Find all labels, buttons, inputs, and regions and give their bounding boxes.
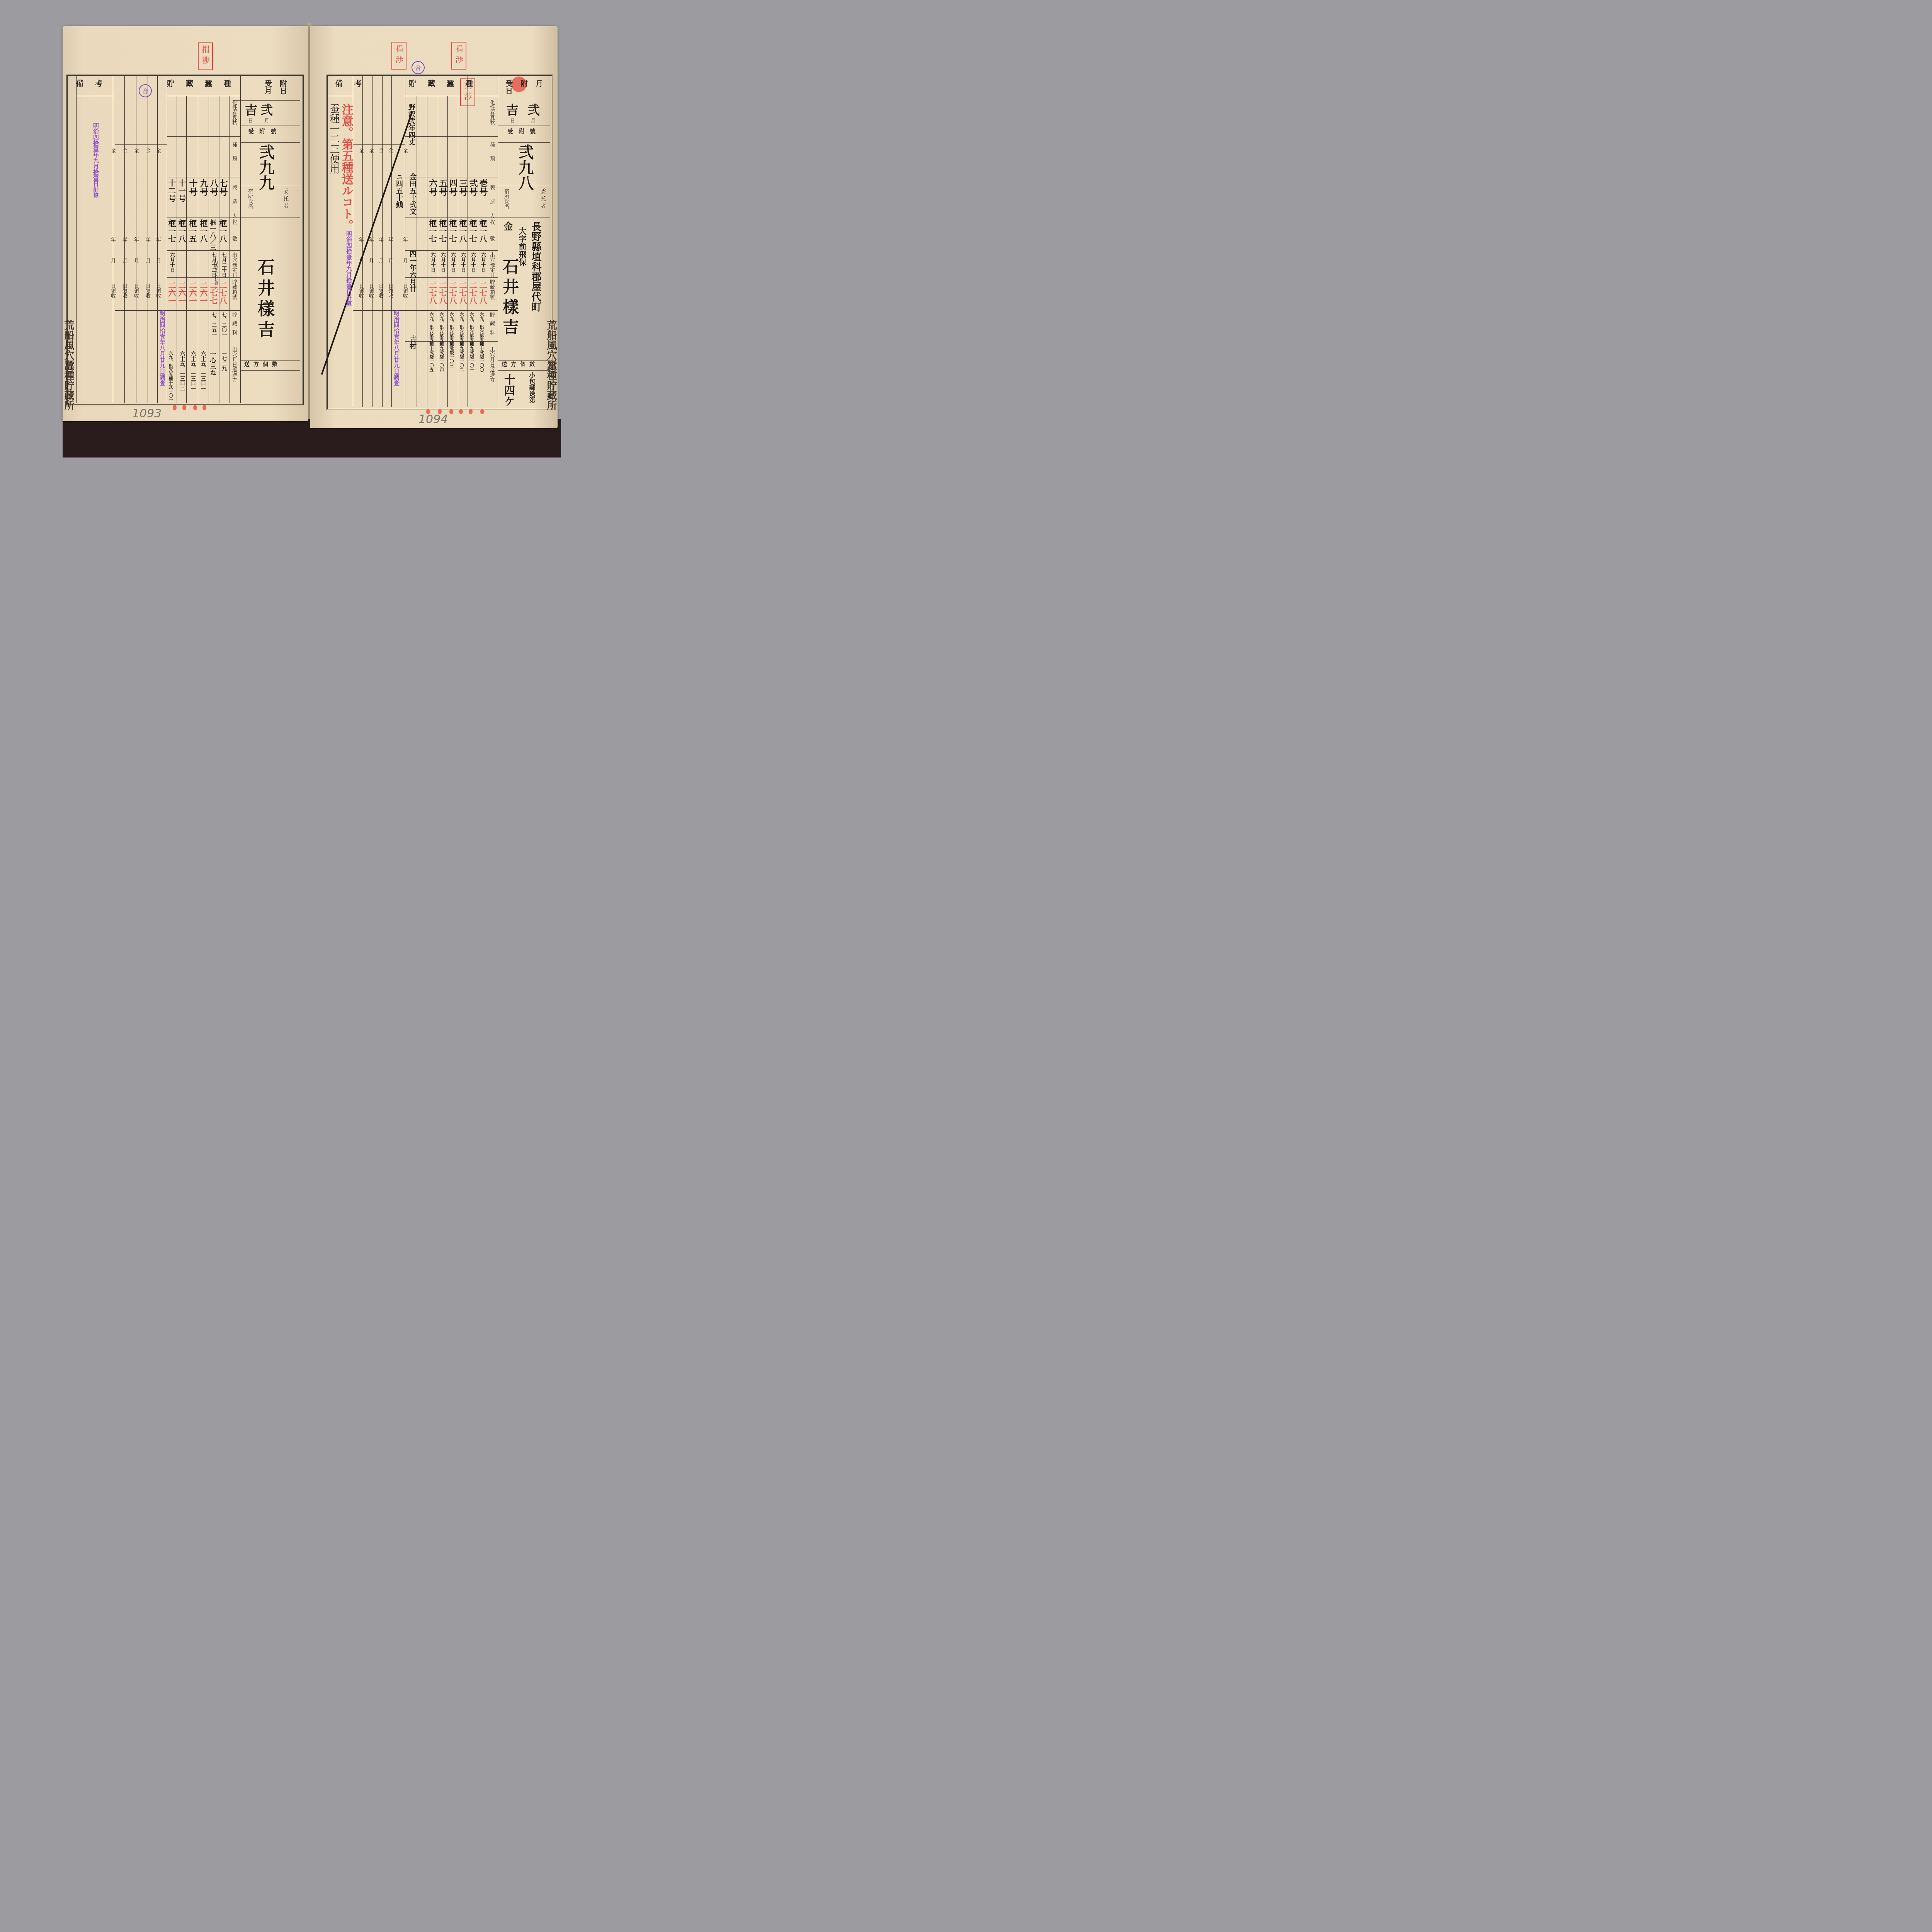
divider xyxy=(76,96,113,96)
hatch-date-value: 七月十二日 xyxy=(211,252,216,277)
year-label: 年 xyxy=(358,237,363,242)
received-label: 日領收 xyxy=(388,283,393,298)
count-value: 框一八 xyxy=(178,219,185,243)
hatch-date-value: 六月十日 xyxy=(450,252,455,272)
divider xyxy=(115,144,167,145)
pencil-page-number: 1093 xyxy=(132,407,162,420)
maker-value: 十一号 xyxy=(178,179,185,202)
count-value: 框一八／三 xyxy=(209,219,216,250)
divider xyxy=(240,126,300,126)
fee-value: 七、二〇一 xyxy=(221,312,226,337)
consignor-village: 大字前飛保 xyxy=(518,227,526,266)
box-number-value: 二七八 xyxy=(439,281,446,304)
count-value: 框一五 xyxy=(189,219,196,243)
month-label: 月 xyxy=(402,258,407,263)
hatch-date-value: 七月二十日 xyxy=(221,252,226,277)
label-box-no: 貯藏箱號 xyxy=(489,279,494,299)
label-season-type: 化性春夏秋 xyxy=(231,100,236,125)
year-label: 年 xyxy=(122,237,127,242)
money-label: 金 xyxy=(402,148,407,153)
count-value: 框一八 xyxy=(199,219,207,243)
received-label: 日領收 xyxy=(358,283,363,298)
count-value: 框一七 xyxy=(429,219,436,243)
money-label: 金 xyxy=(145,148,150,153)
return-value: 六十五、一三口一 xyxy=(190,351,195,391)
sub-divider xyxy=(427,96,427,407)
divider xyxy=(405,310,498,311)
sub-divider xyxy=(417,96,417,407)
red-seal-dot xyxy=(469,409,473,414)
pencil-page-number: 1094 xyxy=(418,413,448,426)
hatch-date-value: 六月十日 xyxy=(460,252,465,272)
label-consignor: 委托者 xyxy=(283,189,288,211)
box-number-value: 二七八 xyxy=(469,281,476,304)
return-value: 六十五、一三口一 xyxy=(200,351,205,391)
red-seal-stamp: 捐渉 xyxy=(451,42,466,70)
sub-divider xyxy=(177,96,177,403)
month-label: 月 xyxy=(378,258,383,263)
calculation-date-stamp: 明治四拾壹年九月拾壹日計算 xyxy=(346,231,352,306)
sub-divider xyxy=(198,96,198,403)
round-seal-stamp: 合 xyxy=(412,61,425,74)
label-type: 種類 xyxy=(231,142,236,169)
red-seal-dot xyxy=(480,409,484,414)
money-label: 金 xyxy=(110,148,115,153)
fee-value: 六九、出穴第五種十弐袋一〇五 xyxy=(429,312,434,372)
money-label: 金 xyxy=(388,148,393,153)
label-send-count: 送方個數 xyxy=(502,362,539,367)
received-label: 日領收 xyxy=(145,283,150,298)
year-label: 年 xyxy=(110,237,115,242)
label-return: 出穴月日返送方 xyxy=(231,347,236,382)
month-label: 月 xyxy=(122,258,127,263)
divider xyxy=(167,310,240,311)
received-label: 日領收 xyxy=(368,283,373,298)
year-label: 年 xyxy=(368,237,373,242)
box-number-value: 二六一 xyxy=(199,281,207,304)
hatch-date-value: 六月十日 xyxy=(169,252,174,272)
divider xyxy=(328,96,353,96)
received-day-value: 吉 xyxy=(244,104,257,116)
right-page: 捐渉 合 捐渉 捐渉 受附月日 貯藏蠶種 備考 化性春夏秋 種類 製造人 枚數 … xyxy=(310,26,558,428)
red-seal-dot xyxy=(173,405,177,410)
divider xyxy=(498,370,550,371)
label-season-type: 化性春夏秋 xyxy=(489,100,494,125)
label-box-no: 貯藏箱號 xyxy=(231,279,236,299)
box-number-value: 二六一 xyxy=(178,281,185,304)
money-note: ニ四五十銭 xyxy=(395,173,402,208)
fee-value: 六九、出穴第五種九弐袋一〇二 xyxy=(459,312,464,372)
fee-value: 六九、出穴第五種弐袋一〇三 xyxy=(449,312,454,367)
label-return: 出穴月日返送方 xyxy=(489,347,494,382)
divider xyxy=(353,144,405,145)
count-value: 框一七 xyxy=(449,219,456,243)
divider xyxy=(405,177,498,177)
header-received-date: 受附月日 xyxy=(505,80,558,95)
divider xyxy=(240,370,300,371)
divider xyxy=(240,218,300,218)
label-hatch-date: 出穴豫定日 xyxy=(489,252,494,277)
box-number-value: 二七八 xyxy=(219,281,226,304)
red-seal-dot xyxy=(182,405,186,410)
header-remarks: 備考 xyxy=(335,80,373,88)
survey-date-stamp: 明治四拾壹年八月廿九日調査 xyxy=(159,310,165,386)
consignor-prefix: 金 xyxy=(503,221,512,231)
money-note: 野沢弐年四丈 xyxy=(408,104,415,145)
maker-value: 十号 xyxy=(189,179,197,196)
red-seal-stamp: 捐渉 xyxy=(391,42,406,70)
maker-value: 十二号 xyxy=(168,179,175,202)
money-label: 金 xyxy=(358,148,363,153)
col-divider xyxy=(76,76,77,403)
month-label: 月 xyxy=(368,258,373,263)
count-value: 框一七 xyxy=(469,219,476,243)
fee-value: 六九、出穴第五種九弐袋一〇一 xyxy=(469,312,474,372)
send-count-value: 十四ケ xyxy=(503,374,514,406)
count-value: 框一八 xyxy=(459,219,466,243)
return-value: 一七二九 xyxy=(221,351,226,371)
divider xyxy=(167,96,240,96)
black-remark: 蚕種一二三便用 xyxy=(329,104,339,174)
box-number-value: 二七八 xyxy=(449,281,456,304)
sub-divider xyxy=(447,96,448,407)
divider xyxy=(498,126,550,126)
red-seal-dot xyxy=(202,405,206,410)
hatch-date-value: 六月十日 xyxy=(430,252,435,272)
spine-title: 荒船風穴蠶種貯藏所 xyxy=(546,320,556,410)
red-remark: 注意。第五種送ルコト。 xyxy=(340,104,352,231)
divider xyxy=(405,136,498,137)
sub-divider xyxy=(219,96,219,403)
sub-divider xyxy=(458,96,458,407)
divider xyxy=(498,218,550,218)
received-signature: 古村 xyxy=(409,335,416,349)
red-seal-dot xyxy=(449,409,453,414)
day-label: 日 xyxy=(247,118,252,123)
received-day-value: 吉 xyxy=(505,104,518,116)
header-received-date: 受附月日 xyxy=(265,80,308,95)
hatch-date-value: 六月十日 xyxy=(470,252,475,272)
divider xyxy=(240,361,300,361)
sub-divider xyxy=(186,96,187,403)
money-label: 金 xyxy=(378,148,383,153)
divider xyxy=(167,136,240,137)
maker-value: 五号 xyxy=(439,179,447,196)
year-label: 年 xyxy=(388,237,393,242)
count-value: 框一七 xyxy=(439,219,446,243)
month-label: 月 xyxy=(133,258,138,263)
year-label: 年 xyxy=(378,237,383,242)
received-label: 日領收 xyxy=(122,283,127,298)
label-fee: 貯藏料 xyxy=(231,312,236,339)
maker-value: 六号 xyxy=(429,179,437,196)
header-storage-egg-type: 貯藏蠶種 xyxy=(409,80,485,88)
maker-value: 八号 xyxy=(209,179,218,196)
red-seal-dot xyxy=(193,405,197,410)
month-label: 月 xyxy=(388,258,393,263)
divider xyxy=(233,100,300,101)
fee-value: 六九、出穴第五種十弐袋一〇〇 xyxy=(480,312,484,372)
label-count: 枚數 xyxy=(489,219,494,253)
box-number-value: 二六一 xyxy=(189,281,196,304)
month-label: 月 xyxy=(155,258,160,263)
calculation-date-stamp: 明治四拾壹年九月拾壹日計算 xyxy=(93,123,99,198)
month-label: 月 xyxy=(530,118,535,123)
divider xyxy=(405,277,498,278)
money-label: 金 xyxy=(155,148,160,153)
label-address-name: 宿所氏名 xyxy=(503,189,509,209)
received-month-value: 弐 xyxy=(527,104,539,116)
consignor-name-value: 石井樣吉 xyxy=(502,258,518,338)
year-label: 年 xyxy=(155,237,160,242)
year-label: 年 xyxy=(133,237,138,242)
col-divider xyxy=(240,76,241,403)
hatch-date-value: 六月十日 xyxy=(480,252,485,272)
label-send-count: 送方個數 xyxy=(244,362,281,367)
consignor-name-value: 石井樣吉 xyxy=(256,258,273,342)
day-label: 日 xyxy=(509,118,514,123)
label-fee: 貯藏料 xyxy=(489,312,494,339)
count-value: 框一七 xyxy=(168,219,175,243)
divider xyxy=(405,250,498,251)
return-value: 六九、出穴五種十弐一〇一 xyxy=(168,351,173,402)
maker-value: 七号 xyxy=(219,179,227,196)
divider xyxy=(167,218,240,218)
label-count: 枚數 xyxy=(231,219,236,253)
divider xyxy=(167,250,240,251)
count-value: 框一八 xyxy=(219,219,226,243)
maker-value: 弐号 xyxy=(469,179,477,196)
box-number-value: 二七七 xyxy=(209,281,217,304)
divider xyxy=(498,361,550,361)
label-receipt-no: 受附號 xyxy=(507,129,541,134)
year-note: 四一年六月廿 xyxy=(409,250,416,292)
money-label: 金 xyxy=(133,148,138,153)
year-label: 年 xyxy=(402,237,407,242)
red-seal-stamp: 捐渉 xyxy=(198,43,213,70)
maker-value: 九号 xyxy=(199,179,208,196)
header-remarks: 備考 xyxy=(76,80,114,88)
fee-value: 六九、出穴第五種九弐袋一〇四 xyxy=(439,312,444,372)
maker-value: 壱号 xyxy=(479,179,487,196)
label-consignor: 委托者 xyxy=(540,189,545,211)
hatch-date-value: 六月十日 xyxy=(440,252,445,272)
red-seal-dot xyxy=(459,409,463,414)
divider xyxy=(498,142,550,143)
fee-value: 七、二五一 xyxy=(211,312,216,337)
month-label: 月 xyxy=(110,258,115,263)
year-label: 年 xyxy=(145,237,150,242)
left-page: 捐渉 合 捐渉 受附月日 貯藏蠶種 備考 化性春夏秋 種類 製造人 枚數 出穴豫… xyxy=(63,26,308,421)
money-label: 金 xyxy=(122,148,127,153)
return-value: 一心三ね xyxy=(209,351,216,376)
spine-title: 荒船風穴蠶種貯藏所 xyxy=(63,320,73,410)
divider xyxy=(405,218,498,218)
receipt-number-value: 弐九九 xyxy=(258,144,273,190)
divider xyxy=(405,96,498,96)
received-label: 日領收 xyxy=(155,283,160,298)
return-value: 六十五、一三口二 xyxy=(179,351,184,391)
box-number-value: 二六一 xyxy=(168,281,175,304)
consignor-address: 長野縣埴科郡屋代町 xyxy=(531,221,541,312)
box-number-value: 二七八 xyxy=(479,281,486,304)
box-number-value: 二七八 xyxy=(459,281,466,304)
received-label: 日領收 xyxy=(402,283,407,298)
count-value: 框一八 xyxy=(479,219,486,243)
divider xyxy=(167,277,240,278)
header-storage-egg-type: 貯藏蠶種 xyxy=(167,80,243,88)
survey-date-stamp: 明治四拾壹年八月廿九日調査 xyxy=(393,310,399,386)
money-label: 金 xyxy=(368,148,373,153)
received-label: 日領收 xyxy=(378,283,383,298)
sub-divider xyxy=(230,96,230,403)
label-hatch-date: 出穴豫定日 xyxy=(231,252,236,277)
send-method-value: 小包郵送第 xyxy=(529,372,535,403)
label-receipt-no: 受附號 xyxy=(248,129,282,134)
sub-divider xyxy=(438,96,438,407)
money-note: 金田五十弐文 xyxy=(409,173,416,215)
label-address-name: 宿所氏名 xyxy=(247,189,252,209)
label-type: 種類 xyxy=(489,142,494,169)
maker-value: 三号 xyxy=(459,179,467,196)
month-label: 月 xyxy=(145,258,150,263)
divider xyxy=(240,142,300,143)
month-label: 月 xyxy=(264,118,269,123)
month-label: 月 xyxy=(358,258,363,263)
maker-value: 四号 xyxy=(449,179,457,196)
received-label: 日領收 xyxy=(110,283,115,298)
received-label: 日領收 xyxy=(133,283,138,298)
divider xyxy=(167,177,240,177)
receipt-number-value: 弐九八 xyxy=(517,144,532,190)
received-month-value: 弐 xyxy=(260,104,272,116)
box-number-value: 二七八 xyxy=(429,281,436,304)
